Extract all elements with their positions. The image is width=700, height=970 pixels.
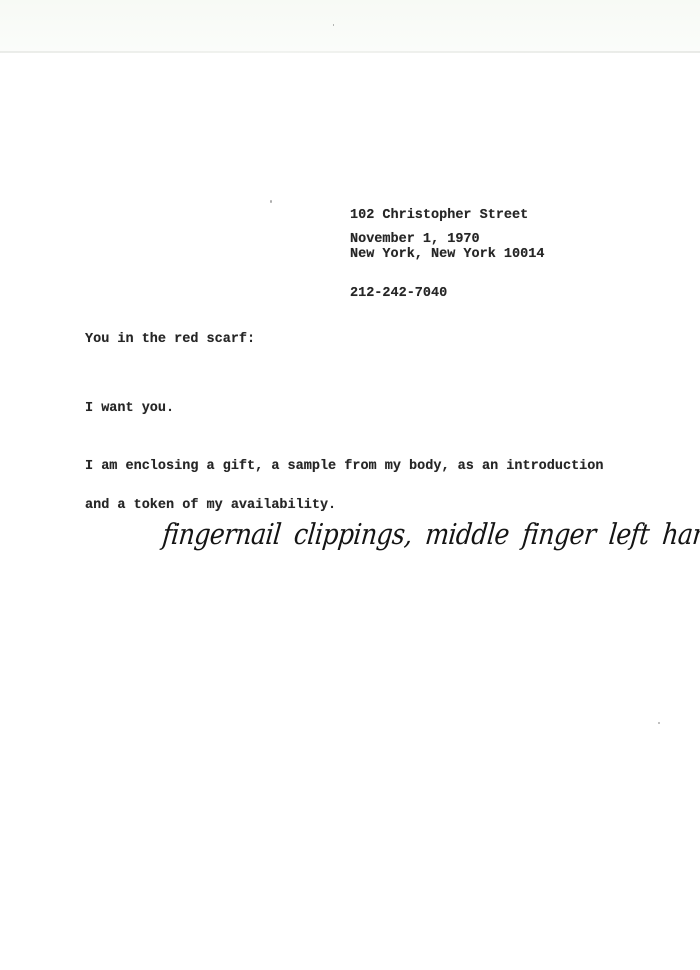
letter-date: November 1, 1970 [350, 233, 480, 246]
sender-address-block: 102 Christopher Street New York, New Yor… [350, 183, 544, 326]
paper-speck [658, 722, 660, 724]
address-street: 102 Christopher Street [350, 209, 544, 222]
address-city-state-zip: New York, New York 10014 [350, 248, 544, 261]
address-phone: 212-242-7040 [350, 287, 544, 300]
paper-fold-line [0, 51, 700, 53]
body-paragraph-2-line-1: I am enclosing a gift, a sample from my … [85, 460, 603, 473]
paper-top-margin [0, 0, 700, 52]
body-paragraph-2-line-2: and a token of my availability. [85, 499, 603, 512]
paper-speck [333, 24, 334, 26]
paper-speck [270, 200, 272, 203]
letter-page: 102 Christopher Street New York, New Yor… [0, 0, 700, 970]
salutation: You in the red scarf: [85, 333, 255, 346]
body-paragraph-1: I want you. [85, 402, 174, 415]
handwritten-annotation: fingernail clippings, middle finger left… [160, 512, 700, 558]
